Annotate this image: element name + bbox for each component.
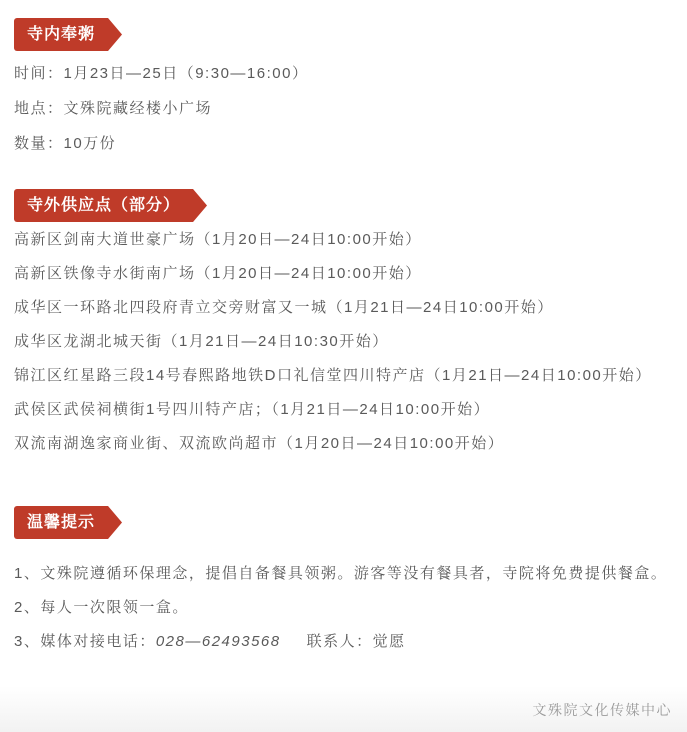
article-page: 寺内奉粥 时间：1月23日—25日（9:30—16:00） 地点：文殊院藏经楼小… — [0, 0, 687, 732]
info-line-time: 时间：1月23日—25日（9:30—16:00） — [14, 56, 673, 91]
location-line: 成华区一环路北四段府青立交旁财富又一城（1月21日—24日10:00开始） — [14, 291, 673, 325]
location-line: 武侯区武侯祠横街1号四川特产店；（1月21日—24日10:00开始） — [14, 393, 673, 427]
tips-list: 1、文殊院遵循环保理念，提倡自备餐具领粥。游客等没有餐具者，寺院将免费提供餐盒。… — [14, 557, 673, 659]
note-line: 1、文殊院遵循环保理念，提倡自备餐具领粥。游客等没有餐具者，寺院将免费提供餐盒。 — [14, 557, 673, 591]
section-tips: 温馨提示 1、文殊院遵循环保理念，提倡自备餐具领粥。游客等没有餐具者，寺院将免费… — [14, 506, 673, 659]
supply-point-list: 高新区剑南大道世豪广场（1月20日—24日10:00开始） 高新区铁像寺水街南广… — [14, 223, 673, 461]
location-line: 高新区铁像寺水街南广场（1月20日—24日10:00开始） — [14, 257, 673, 291]
info-line-quantity: 数量：10万份 — [14, 126, 673, 161]
location-line: 锦江区红星路三段14号春熙路地铁D口礼信堂四川特产店（1月21日—24日10:0… — [14, 359, 673, 393]
section-temple-porridge: 寺内奉粥 时间：1月23日—25日（9:30—16:00） 地点：文殊院藏经楼小… — [14, 18, 673, 161]
note-line-contact: 3、媒体对接电话：028—62493568联系人：觉愿 — [14, 625, 673, 659]
note-line: 2、每人一次限领一盒。 — [14, 591, 673, 625]
location-line: 高新区剑南大道世豪广场（1月20日—24日10:00开始） — [14, 223, 673, 257]
section-banner-temple-porridge: 寺内奉粥 — [14, 18, 122, 51]
contact-prefix: 3、媒体对接电话： — [14, 633, 156, 650]
publisher-credit: 文殊院文化传媒中心 — [533, 700, 673, 720]
section-outside-supply-points: 寺外供应点（部分） 高新区剑南大道世豪广场（1月20日—24日10:00开始） … — [14, 189, 673, 461]
location-line: 双流南湖逸家商业街、双流欧尚超市（1月20日—24日10:00开始） — [14, 427, 673, 461]
temple-porridge-details: 时间：1月23日—25日（9:30—16:00） 地点：文殊院藏经楼小广场 数量… — [14, 56, 673, 161]
section-banner-tips: 温馨提示 — [14, 506, 122, 539]
contact-person: 联系人：觉愿 — [307, 633, 406, 650]
section-banner-outside-supply-points: 寺外供应点（部分） — [14, 189, 207, 222]
location-line: 成华区龙湖北城天街（1月21日—24日10:30开始） — [14, 325, 673, 359]
phone-number: 028—62493568 — [156, 633, 281, 650]
info-line-place: 地点：文殊院藏经楼小广场 — [14, 91, 673, 126]
